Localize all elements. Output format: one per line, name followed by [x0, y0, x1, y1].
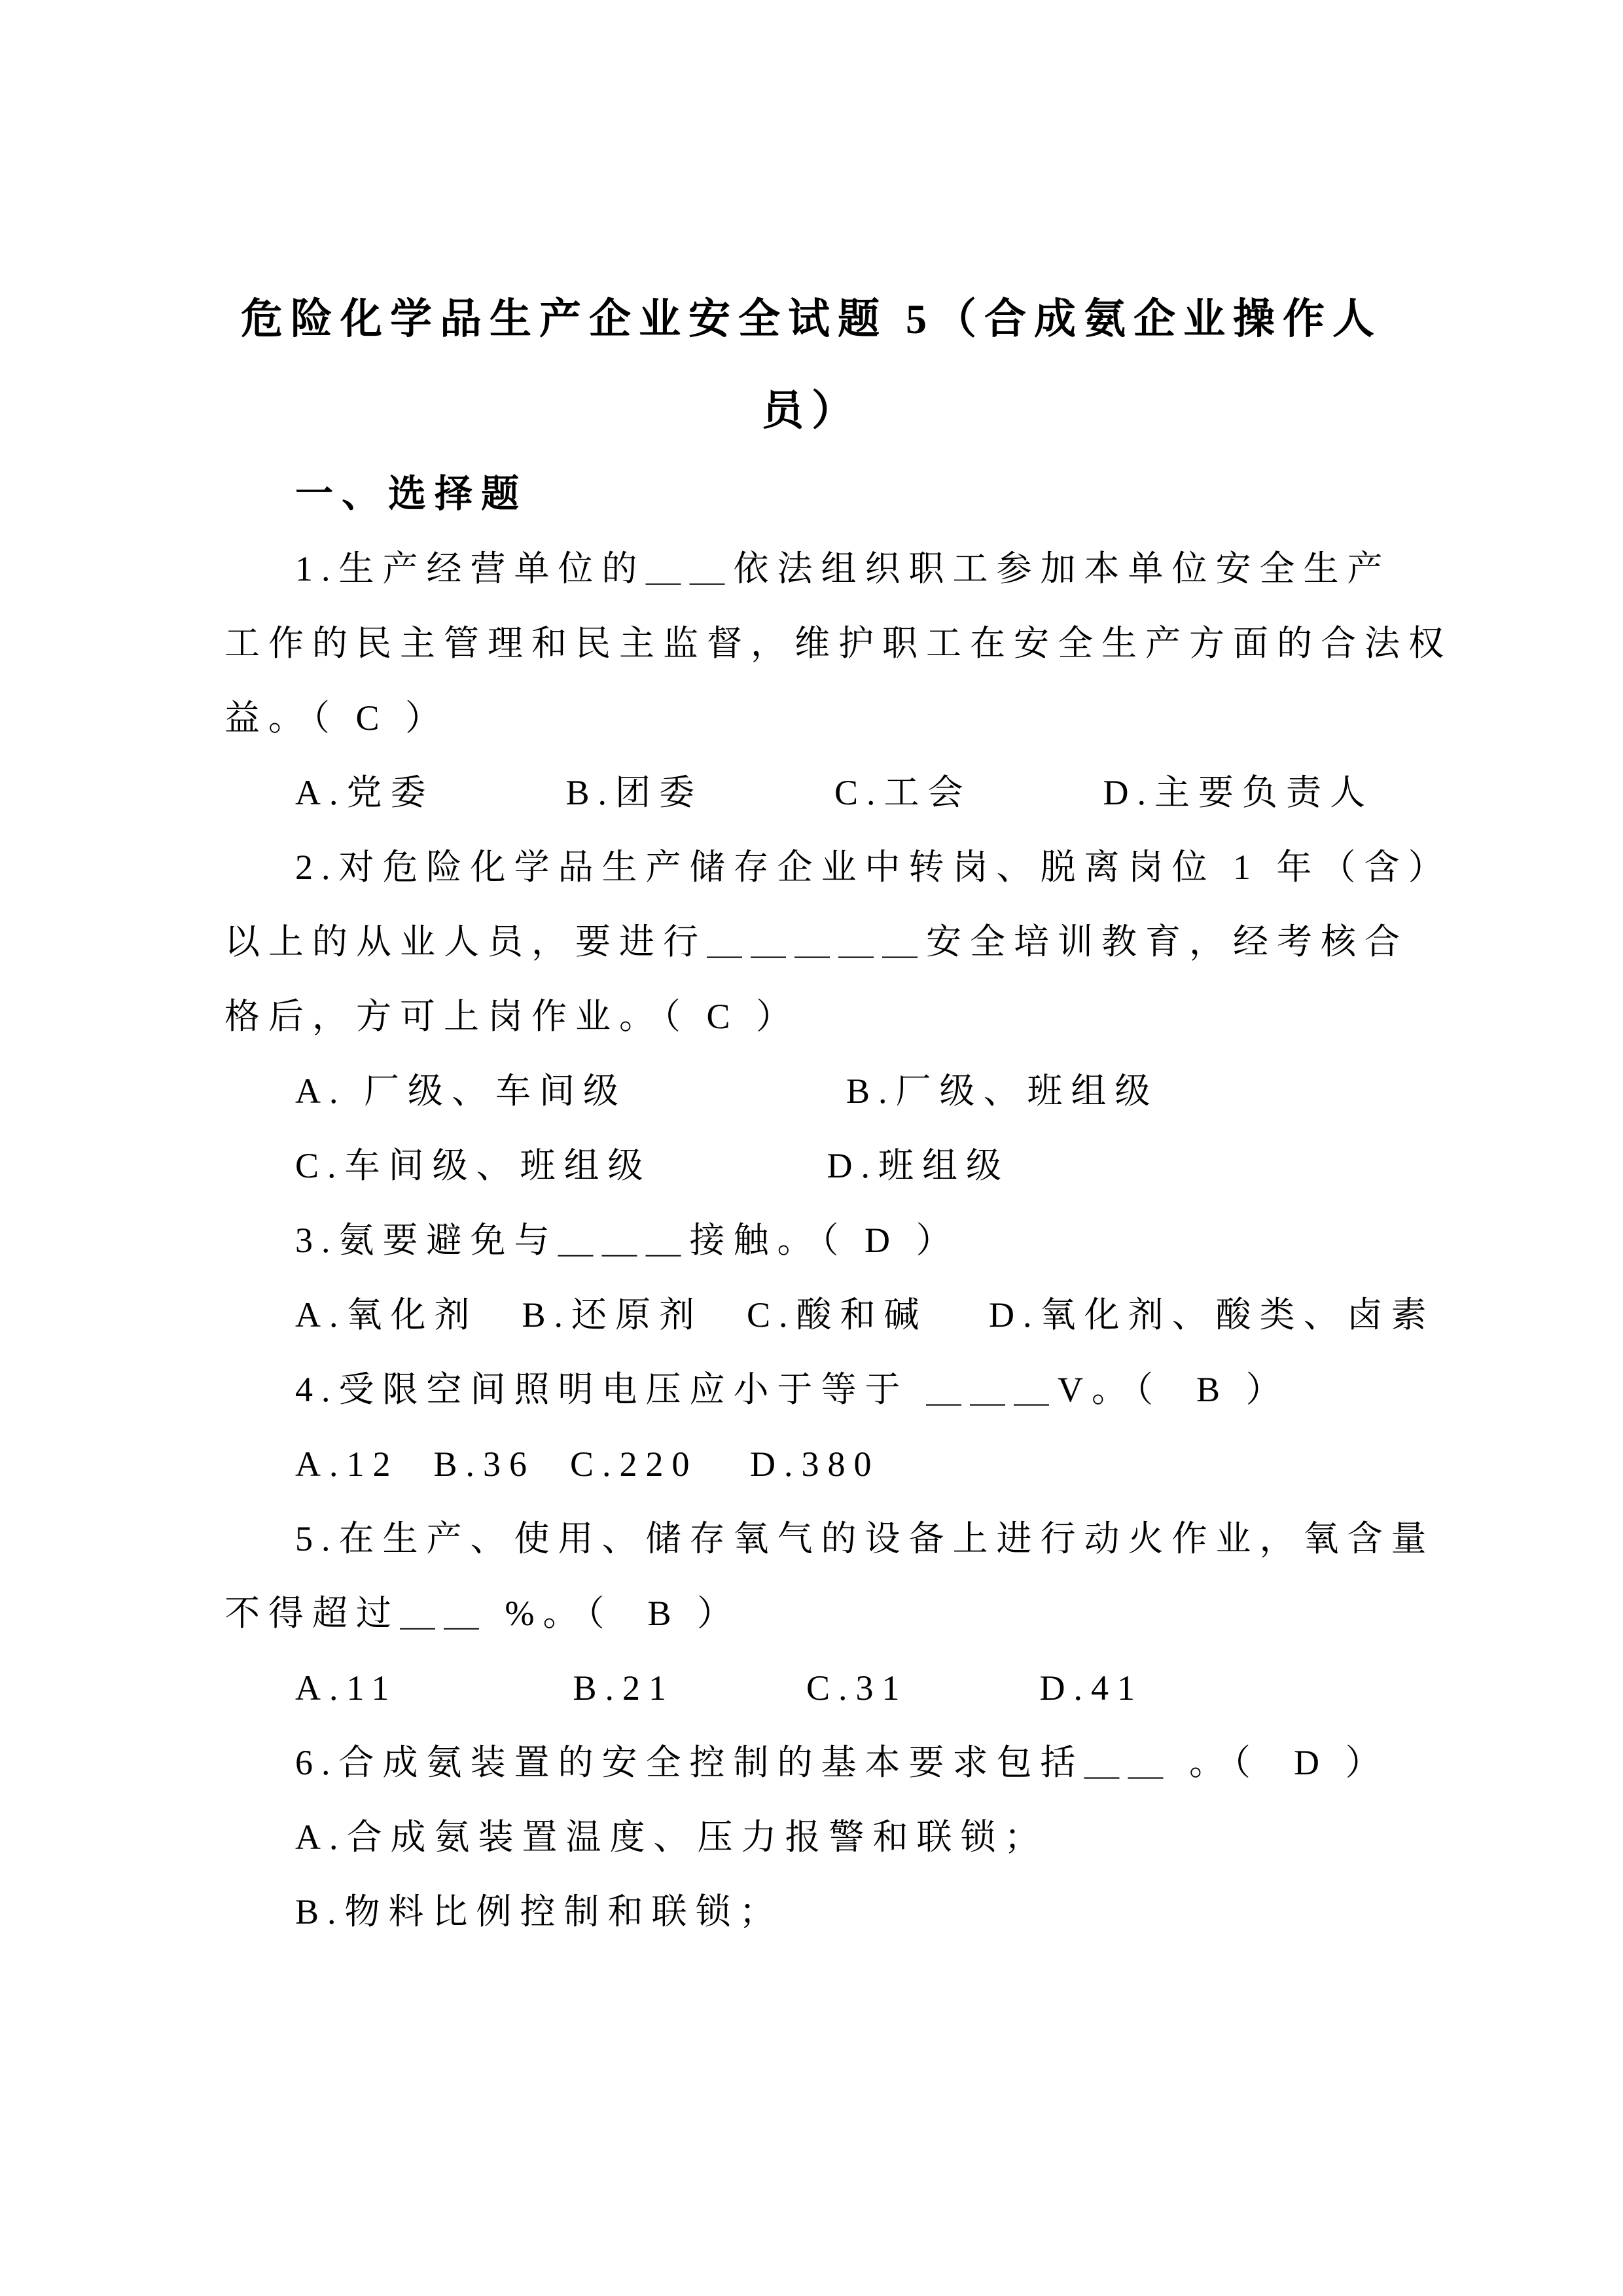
question-5: 5.在生产、使用、储存氧气的设备上进行动火作业，氧含量 不得超过＿＿ %。（ B…: [224, 1501, 1623, 1725]
question-1-stem-line-1: 1.生产经营单位的＿＿依法组织职工参加本单位安全生产: [224, 531, 1623, 606]
question-1-stem-line-3: 益。（ C ）: [224, 681, 1623, 755]
title-line-2: 员）: [0, 365, 1623, 457]
question-2-stem-line-1: 2.对危险化学品生产储存企业中转岗、脱离岗位 1 年（含）: [224, 830, 1623, 905]
section-heading: 一、选择题: [224, 457, 1623, 531]
document-body: 一、选择题 1.生产经营单位的＿＿依法组织职工参加本单位安全生产 工作的民主管理…: [224, 457, 1623, 1949]
question-3-options-line-1: A.氧化剂 B.还原剂 C.酸和碱 D.氧化剂、酸类、卤素: [224, 1278, 1623, 1352]
document-title: 危险化学品生产企业安全试题 5（合成氨企业操作人 员）: [0, 0, 1623, 457]
document-page: 危险化学品生产企业安全试题 5（合成氨企业操作人 员） 一、选择题 1.生产经营…: [0, 0, 1623, 2296]
question-1: 1.生产经营单位的＿＿依法组织职工参加本单位安全生产 工作的民主管理和民主监督，…: [224, 531, 1623, 830]
question-3-stem-line-1: 3.氨要避免与＿＿＿接触。（ D ）: [224, 1203, 1623, 1278]
question-4-options-line-1: A.12 B.36 C.220 D.380: [224, 1427, 1623, 1501]
question-6: 6.合成氨装置的安全控制的基本要求包括＿＿ 。（ D ） A.合成氨装置温度、压…: [224, 1725, 1623, 1949]
question-2-options-line-2: C.车间级、班组级 D.班组级: [224, 1128, 1623, 1203]
question-5-options-line-1: A.11 B.21 C.31 D.41: [224, 1651, 1623, 1725]
question-2: 2.对危险化学品生产储存企业中转岗、脱离岗位 1 年（含） 以上的从业人员，要进…: [224, 830, 1623, 1203]
question-4-stem-line-1: 4.受限空间照明电压应小于等于 ＿＿＿V。（ B ）: [224, 1352, 1623, 1427]
question-6-stem-line-1: 6.合成氨装置的安全控制的基本要求包括＿＿ 。（ D ）: [224, 1725, 1623, 1800]
question-6-options-line-2: B.物料比例控制和联锁；: [224, 1874, 1623, 1949]
question-2-stem-line-3: 格后，方可上岗作业。（ C ）: [224, 979, 1623, 1054]
question-3: 3.氨要避免与＿＿＿接触。（ D ） A.氧化剂 B.还原剂 C.酸和碱 D.氧…: [224, 1203, 1623, 1352]
question-2-stem-line-2: 以上的从业人员，要进行＿＿＿＿＿安全培训教育，经考核合: [224, 905, 1623, 979]
question-5-stem-line-1: 5.在生产、使用、储存氧气的设备上进行动火作业，氧含量: [224, 1501, 1623, 1576]
question-2-options-line-1: A. 厂级、车间级 B.厂级、班组级: [224, 1054, 1623, 1128]
title-line-1: 危险化学品生产企业安全试题 5（合成氨企业操作人: [0, 274, 1623, 365]
question-1-options-line-1: A.党委 B.团委 C.工会 D.主要负责人: [224, 755, 1623, 830]
question-1-stem-line-2: 工作的民主管理和民主监督，维护职工在安全生产方面的合法权: [224, 606, 1623, 681]
question-6-options-line-1: A.合成氨装置温度、压力报警和联锁；: [224, 1800, 1623, 1874]
question-5-stem-line-2: 不得超过＿＿ %。（ B ）: [224, 1576, 1623, 1651]
question-4: 4.受限空间照明电压应小于等于 ＿＿＿V。（ B ） A.12 B.36 C.2…: [224, 1352, 1623, 1501]
